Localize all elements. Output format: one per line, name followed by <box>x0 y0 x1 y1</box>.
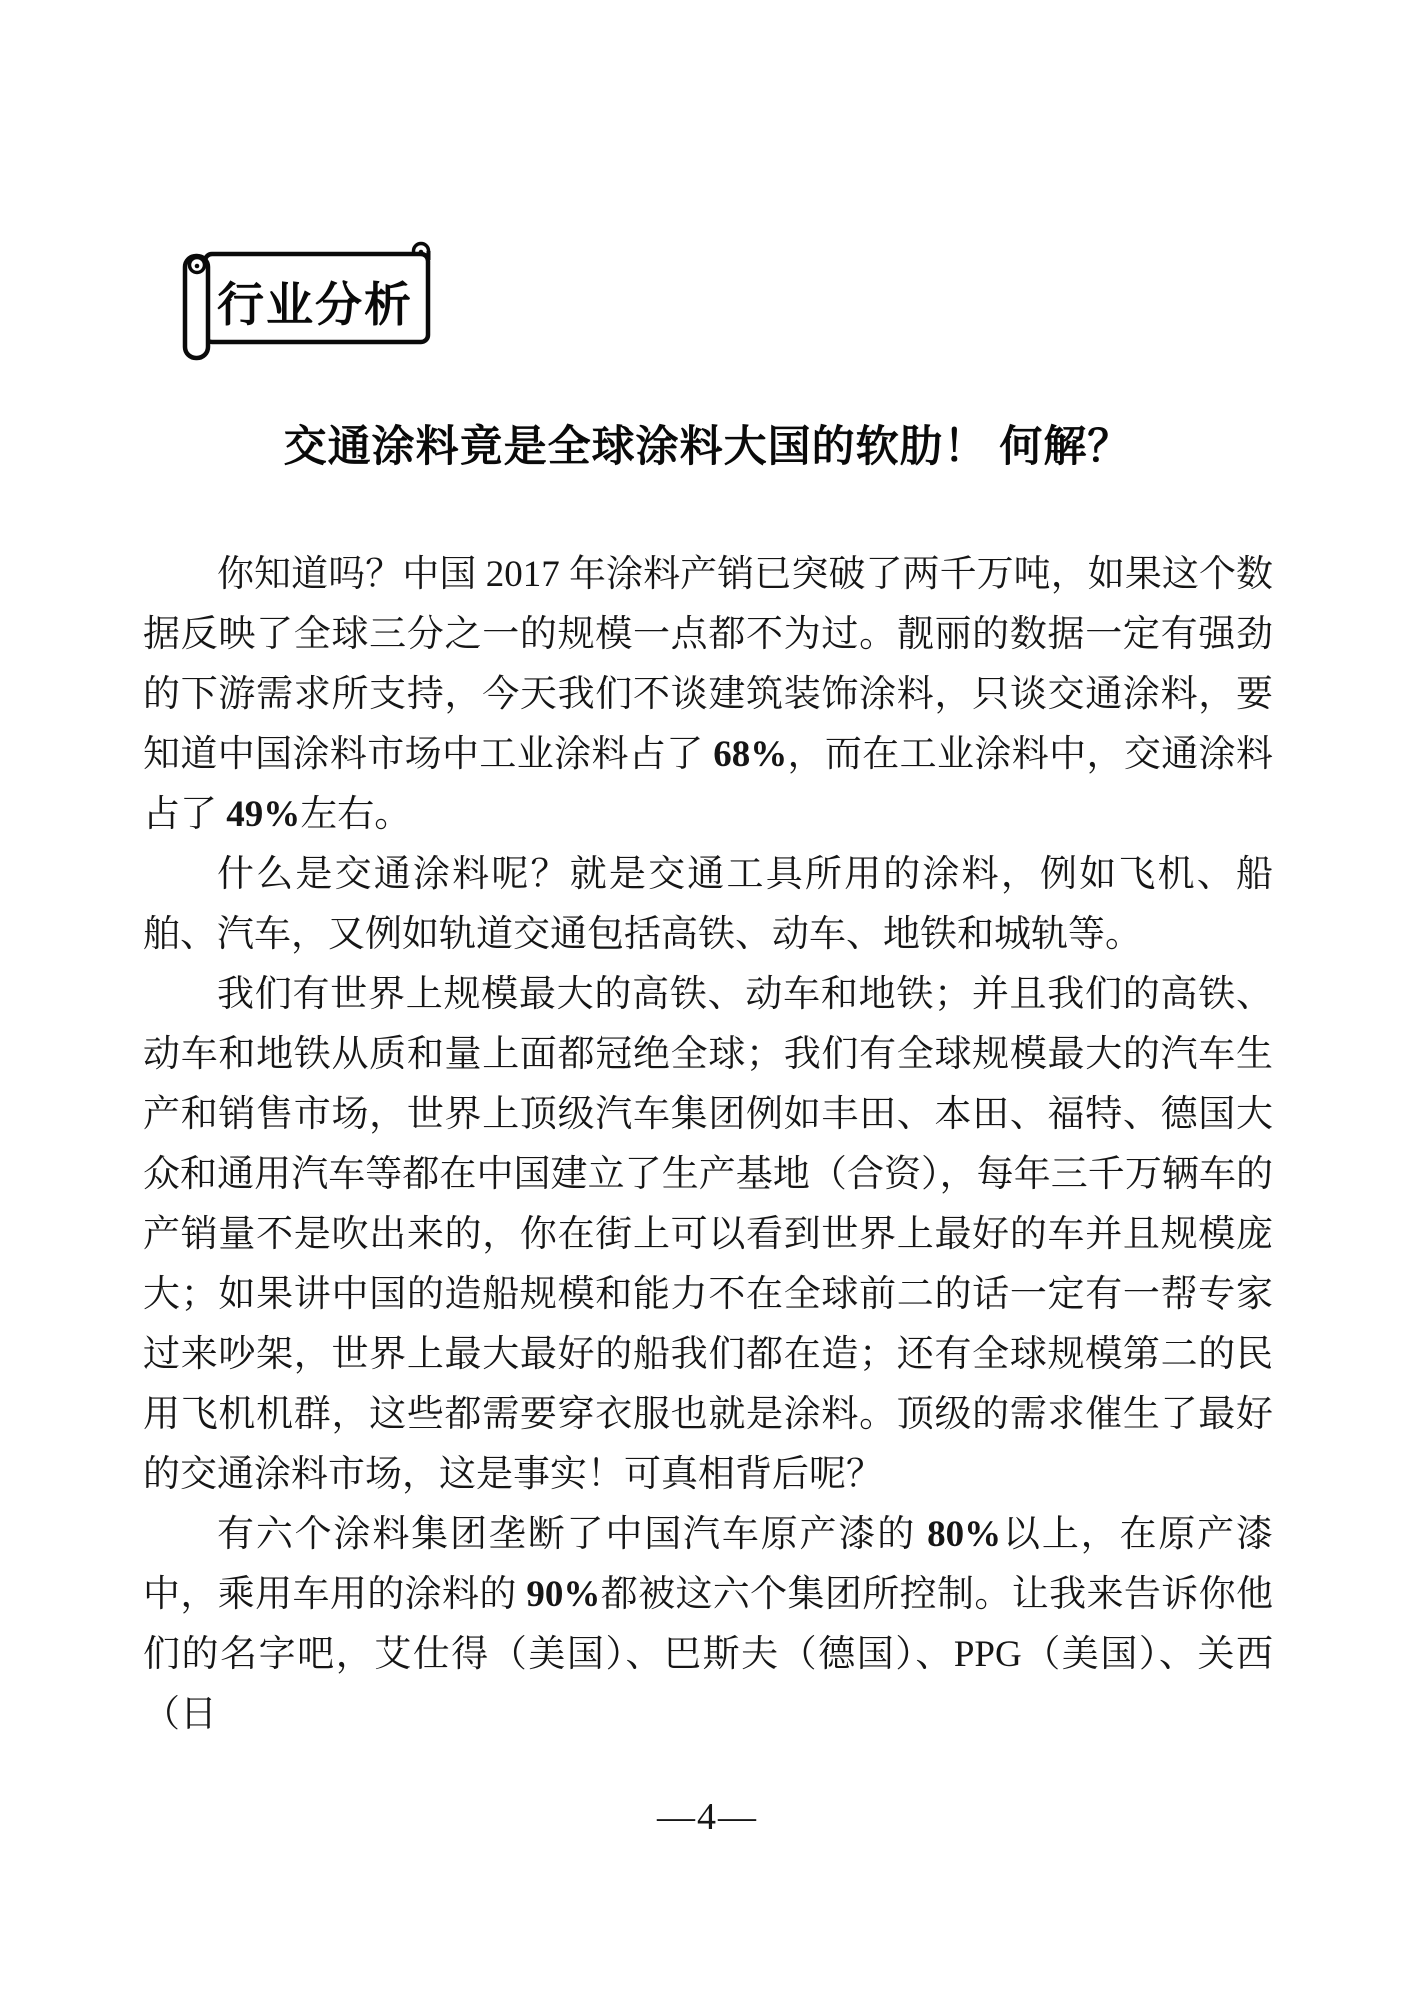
body-text: 左右。 <box>300 794 411 835</box>
document-page: 行业分析 交通涂料竟是全球涂料大国的软肋！ 何解？ 你知道吗？中国 2017 年… <box>0 0 1415 2000</box>
paragraph: 有六个涂料集团垄断了中国汽车原产漆的 80%以上，在原产漆中，乘用车用的涂料的 … <box>143 1505 1273 1745</box>
body-text: 有六个涂料集团垄断了中国汽车原产漆的 <box>217 1514 927 1555</box>
banner-label: 行业分析 <box>205 260 425 342</box>
emphasized-number: 68% <box>713 734 787 775</box>
body-text: 2017 <box>486 554 560 595</box>
page-number: —4— <box>0 1795 1415 1839</box>
body-text: 我们有世界上规模最大的高铁、动车和地铁；并且我们的高铁、动车和地铁从质和量上面都… <box>143 974 1273 1495</box>
emphasized-number: 49% <box>226 794 300 835</box>
section-banner: 行业分析 <box>138 240 443 370</box>
paragraph: 什么是交通涂料呢？就是交通工具所用的涂料，例如飞机、船舶、汽车，又例如轨道交通包… <box>143 845 1273 965</box>
paragraph: 你知道吗？中国 2017 年涂料产销已突破了两千万吨，如果这个数据反映了全球三分… <box>143 545 1273 845</box>
emphasized-number: 80% <box>927 1514 1001 1555</box>
paragraph: 我们有世界上规模最大的高铁、动车和地铁；并且我们的高铁、动车和地铁从质和量上面都… <box>143 965 1273 1505</box>
body-text: 什么是交通涂料呢？就是交通工具所用的涂料，例如飞机、船舶、汽车，又例如轨道交通包… <box>143 854 1273 955</box>
article-body: 你知道吗？中国 2017 年涂料产销已突破了两千万吨，如果这个数据反映了全球三分… <box>143 545 1273 1745</box>
emphasized-number: 90% <box>526 1574 600 1615</box>
page-title: 交通涂料竟是全球涂料大国的软肋！ 何解？ <box>0 413 1415 474</box>
body-text: 你知道吗？中国 <box>217 554 486 595</box>
